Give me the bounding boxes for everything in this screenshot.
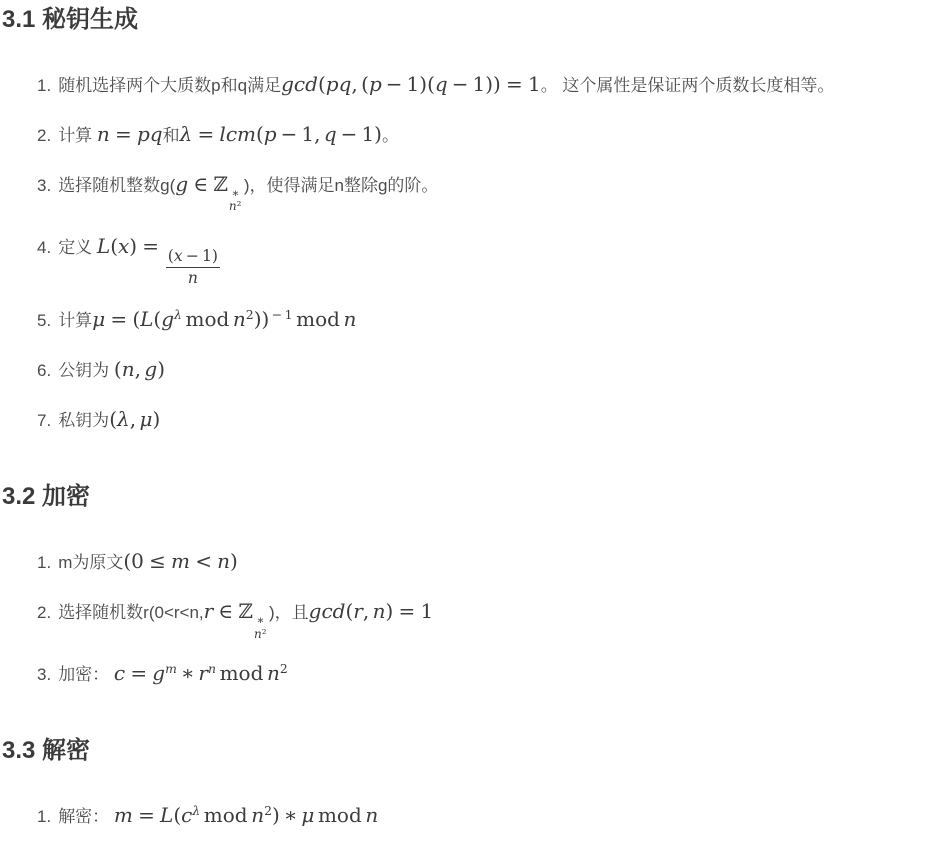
text-run: )，使得满足n整除g的阶。 [244, 176, 439, 195]
math-run: λ=lcm(p−1,q−1) [180, 122, 382, 146]
text-run: )，且 [269, 603, 309, 622]
list-item: 1.随机选择两个大质数p和q满足gcd(pq,(p−1)(q−1))=1。 这个… [37, 67, 925, 102]
text-run: 。 这个属性是保证两个质数长度相等。 [541, 76, 835, 95]
list-item-number: 4. [37, 238, 51, 257]
ordered-list: 1.随机选择两个大质数p和q满足gcd(pq,(p−1)(q−1))=1。 这个… [2, 67, 925, 437]
fraction: (x−1)n [166, 247, 220, 287]
list-item: 1.m为原文(0≤m<n) [37, 544, 925, 579]
list-item-content: 随机选择两个大质数p和q满足gcd(pq,(p−1)(q−1))=1。 这个属性… [58, 78, 834, 95]
text-run: 。 [382, 126, 399, 145]
list-item-number: 1. [37, 76, 51, 95]
math-run: (n,g) [114, 357, 165, 381]
list-item-number: 2. [37, 603, 51, 622]
list-item: 7.私钥为(λ,μ) [37, 402, 925, 437]
list-item: 1.解密： m=L(cλmodn2)∗μmodn [37, 798, 925, 833]
supsub-stack: ∗n² [254, 614, 267, 641]
list-item-number: 6. [37, 361, 51, 380]
math-run: μ=(L(gλmodn2))−1modn [92, 307, 356, 331]
list-item: 4.定义 L(x)=(x−1)n [37, 229, 925, 287]
math-run: L(x)=(x−1)n [97, 234, 222, 258]
list-item-content: 私钥为(λ,μ) [58, 413, 160, 430]
list-item-number: 1. [37, 553, 51, 572]
math-run: r∈ℤ∗n² [204, 599, 269, 623]
text-run: 公钥为 [58, 361, 114, 380]
text-run: 计算 [58, 126, 97, 145]
ordered-list: 1.m为原文(0≤m<n)2.选择随机数r(0<r<n,r∈ℤ∗n²)，且gcd… [2, 544, 925, 691]
math-run: g∈ℤ∗n² [175, 172, 244, 196]
math-run: m=L(cλmodn2)∗μmodn [114, 803, 378, 827]
list-item-content: 选择随机整数g(g∈ℤ∗n²)，使得满足n整除g的阶。 [58, 178, 438, 195]
math-run: gcd(r,n)=1 [309, 599, 434, 623]
list-item-number: 7. [37, 411, 51, 430]
list-item-content: 解密： m=L(cλmodn2)∗μmodn [58, 809, 378, 826]
text-run: 加密： [58, 665, 114, 684]
article: 3.1 秘钥生成1.随机选择两个大质数p和q满足gcd(pq,(p−1)(q−1… [2, 6, 925, 833]
section-heading: 3.3 解密 [2, 737, 925, 766]
math-run: (λ,μ) [109, 407, 160, 431]
text-run: 私钥为 [58, 411, 109, 430]
math-run: n=pq [97, 122, 163, 146]
text-run: 选择随机整数g( [58, 176, 175, 195]
list-item-number: 3. [37, 176, 51, 195]
text-run: 计算 [58, 311, 92, 330]
math-run: c=gm∗rnmodn2 [114, 661, 288, 685]
list-item: 5.计算μ=(L(gλmodn2))−1modn [37, 302, 925, 337]
section-heading: 3.2 加密 [2, 483, 925, 512]
list-item-content: 定义 L(x)=(x−1)n [58, 240, 221, 257]
text-run: 随机选择两个大质数p和q满足 [58, 76, 281, 95]
section-heading: 3.1 秘钥生成 [2, 6, 925, 35]
text-run: 解密： [58, 807, 114, 826]
list-item-content: 选择随机数r(0<r<n,r∈ℤ∗n²)，且gcd(r,n)=1 [58, 605, 433, 622]
list-item-number: 3. [37, 665, 51, 684]
ordered-list: 1.解密： m=L(cλmodn2)∗μmodn [2, 798, 925, 833]
list-item-number: 5. [37, 311, 51, 330]
list-item-content: 计算μ=(L(gλmodn2))−1modn [58, 313, 356, 330]
list-item-content: 计算 n=pq和λ=lcm(p−1,q−1)。 [58, 128, 399, 145]
text-run: m为原文 [58, 553, 123, 572]
text-run: 和 [163, 126, 180, 145]
list-item: 3.选择随机整数g(g∈ℤ∗n²)，使得满足n整除g的阶。 [37, 167, 925, 214]
math-run: (0≤m<n) [123, 549, 238, 573]
list-item: 2.选择随机数r(0<r<n,r∈ℤ∗n²)，且gcd(r,n)=1 [37, 594, 925, 641]
list-item-content: 公钥为 (n,g) [58, 363, 165, 380]
text-run: 定义 [58, 238, 97, 257]
list-item-number: 2. [37, 126, 51, 145]
list-item-content: m为原文(0≤m<n) [58, 555, 238, 572]
text-run: 选择随机数r(0<r<n, [58, 603, 203, 622]
list-item: 3.加密： c=gm∗rnmodn2 [37, 656, 925, 691]
list-item-content: 加密： c=gm∗rnmodn2 [58, 667, 288, 684]
list-item: 2.计算 n=pq和λ=lcm(p−1,q−1)。 [37, 117, 925, 152]
list-item: 6.公钥为 (n,g) [37, 352, 925, 387]
math-run: gcd(pq,(p−1)(q−1))=1 [281, 72, 541, 96]
list-item-number: 1. [37, 807, 51, 826]
supsub-stack: ∗n² [229, 187, 242, 214]
